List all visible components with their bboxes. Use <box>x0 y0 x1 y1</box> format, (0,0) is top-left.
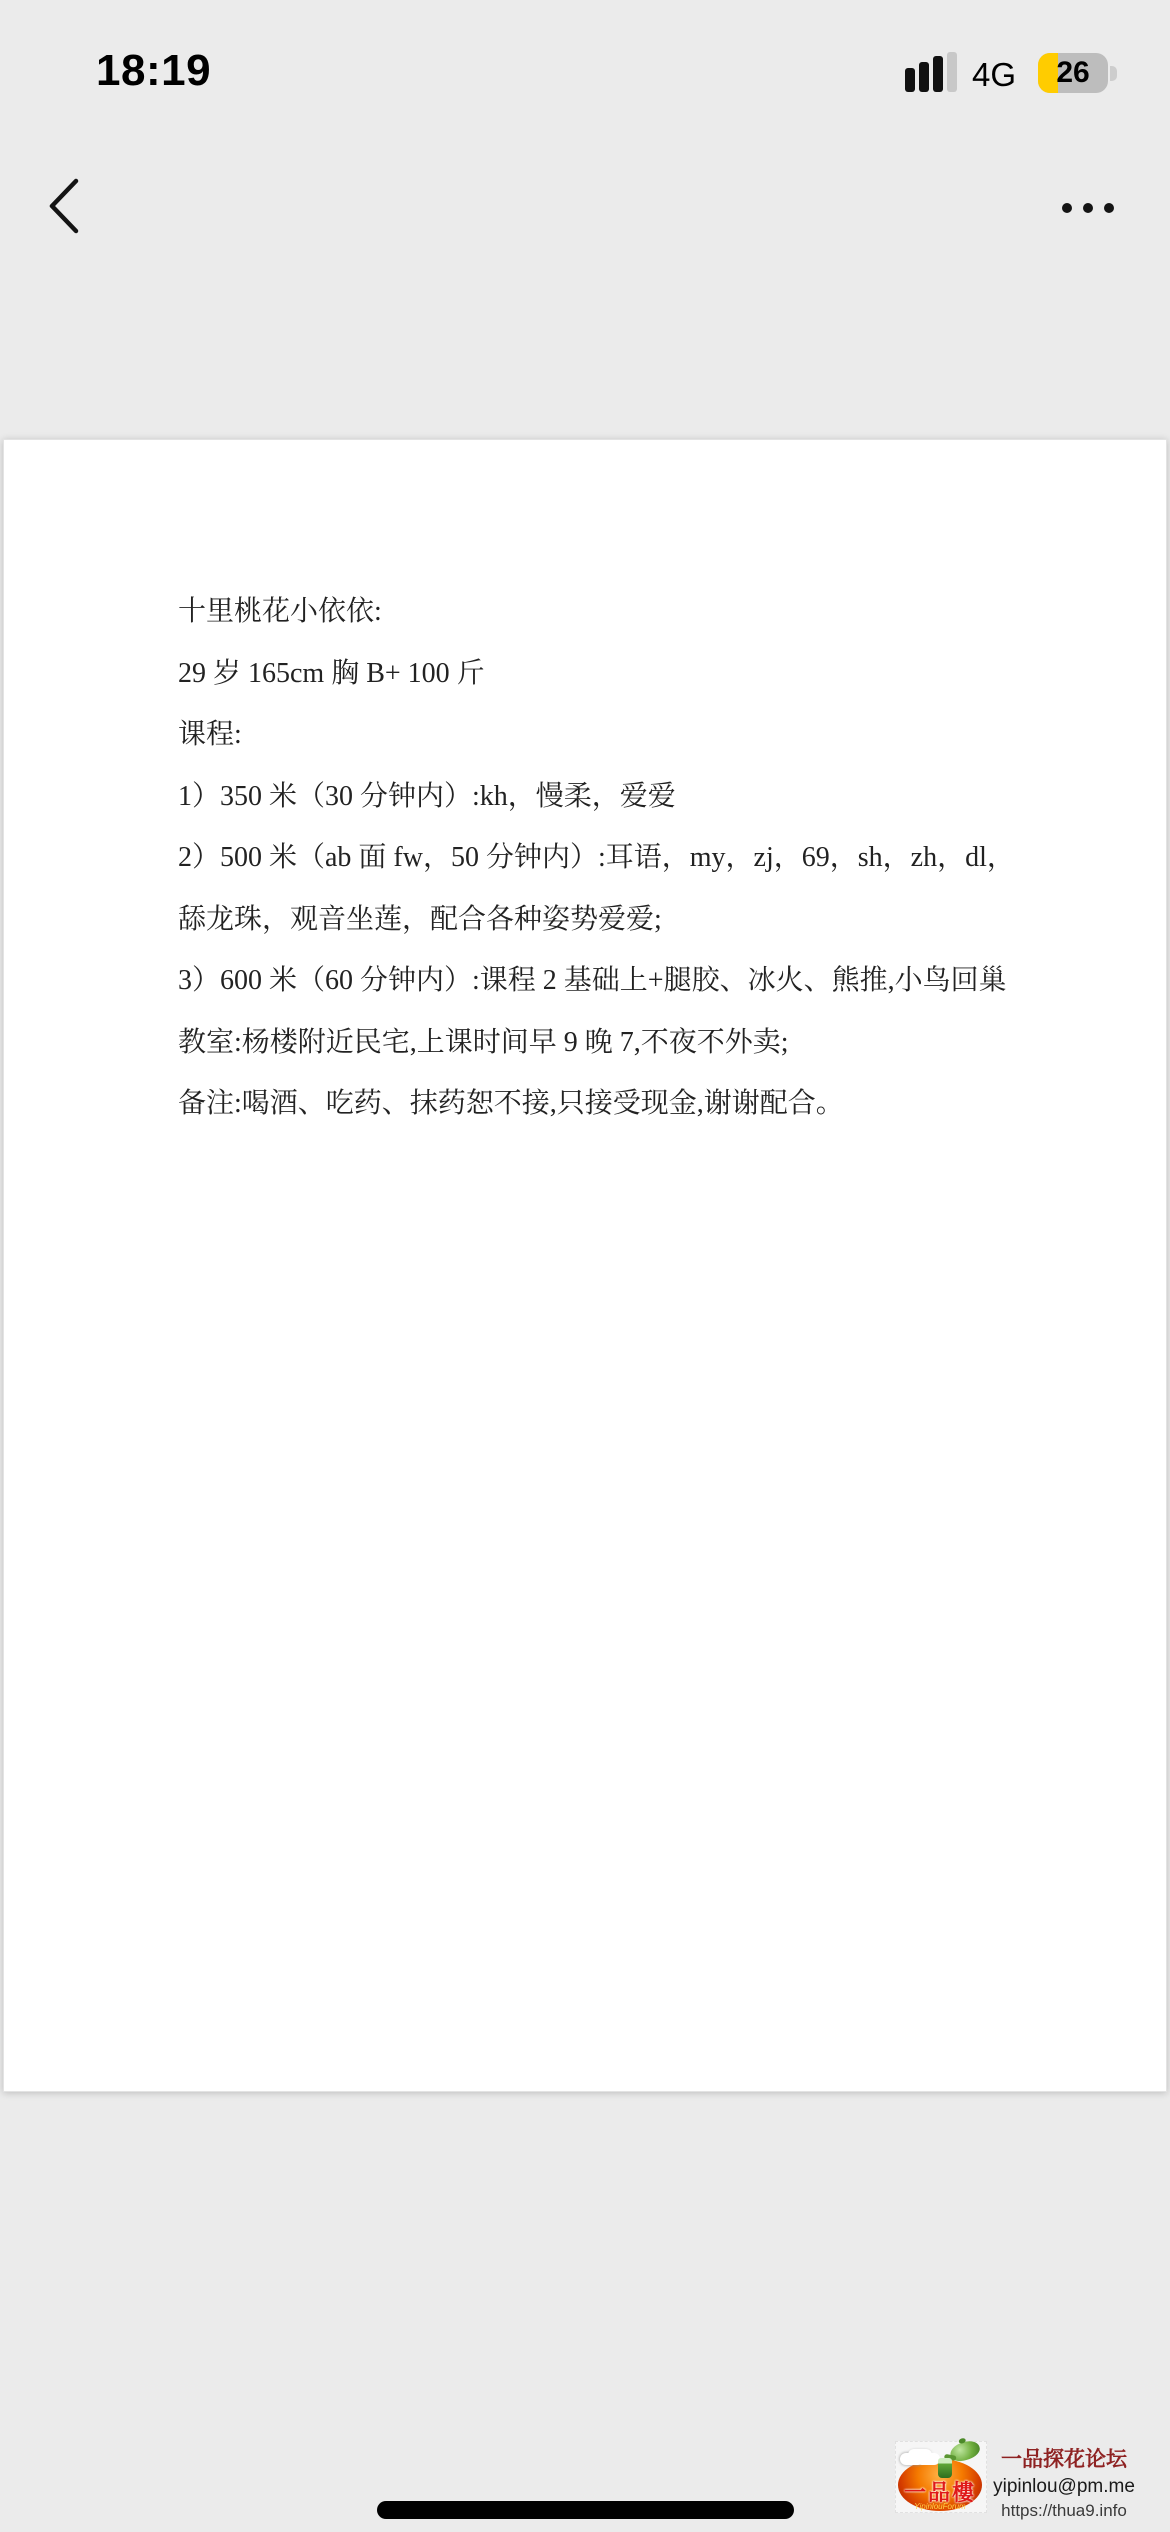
chevron-left-icon <box>46 223 82 238</box>
network-type-label: 4G <box>972 56 1016 94</box>
ellipsis-icon <box>1083 203 1093 213</box>
forum-logo-subtext: YipinlouForum <box>896 2502 984 2511</box>
ellipsis-icon <box>1062 203 1072 213</box>
watermark-forum-name: 一品探花论坛 <box>1001 2443 1127 2473</box>
document-text-block: 十里桃花小依依: 29 岁 165cm 胸 B+ 100 斤 课程: 1）350… <box>178 581 1038 1135</box>
teapot-icon <box>948 2438 982 2464</box>
signal-bar-3 <box>933 56 943 92</box>
watermark-email: yipinlou@pm.me <box>993 2476 1135 2498</box>
doc-line-course-header: 课程: <box>178 704 1038 766</box>
doc-line-notes: 备注:喝酒、吃药、抹药恕不接,只接受现金,谢谢配合。 <box>178 1073 1038 1135</box>
watermark-url: https://thua9.info <box>1001 2501 1127 2521</box>
signal-bar-4 <box>947 52 957 92</box>
doc-line-title: 十里桃花小依依: <box>178 581 1038 643</box>
doc-line-course-1: 1）350 米（30 分钟内）:kh，慢柔，爱爱 <box>178 766 1038 828</box>
battery-icon: 26 <box>1038 53 1108 93</box>
teacup-icon <box>938 2458 952 2478</box>
doc-line-course-2: 2）500 米（ab 面 fw，50 分钟内）:耳语，my，zj，69，sh，z… <box>178 827 1038 889</box>
battery-percent-label: 26 <box>1038 53 1108 93</box>
doc-line-stats: 29 岁 165cm 胸 B+ 100 斤 <box>178 643 1038 705</box>
status-bar-time: 18:19 <box>96 46 211 96</box>
forum-logo: 一品樓 YipinlouForum <box>895 2441 987 2513</box>
cloud-icon <box>900 2453 924 2465</box>
signal-bar-2 <box>919 62 929 92</box>
signal-bar-1 <box>905 68 915 92</box>
watermark-text-block: 一品探花论坛 yipinlou@pm.me https://thua9.info <box>998 2443 1130 2521</box>
ellipsis-icon <box>1104 203 1114 213</box>
doc-line-course-2-cont: 舔龙珠，观音坐莲，配合各种姿势爱爱; <box>178 889 1038 951</box>
more-options-button[interactable] <box>1049 190 1127 226</box>
back-button[interactable] <box>40 176 88 238</box>
doc-line-classroom: 教室:杨楼附近民宅,上课时间早 9 晚 7,不夜不外卖; <box>178 1012 1038 1074</box>
battery-cap <box>1110 66 1117 81</box>
home-indicator[interactable] <box>377 2501 794 2519</box>
cellular-signal-icon <box>905 52 959 92</box>
doc-line-course-3: 3）600 米（60 分钟内）:课程 2 基础上+腿胶、冰火、熊推,小鸟回巢 <box>178 950 1038 1012</box>
